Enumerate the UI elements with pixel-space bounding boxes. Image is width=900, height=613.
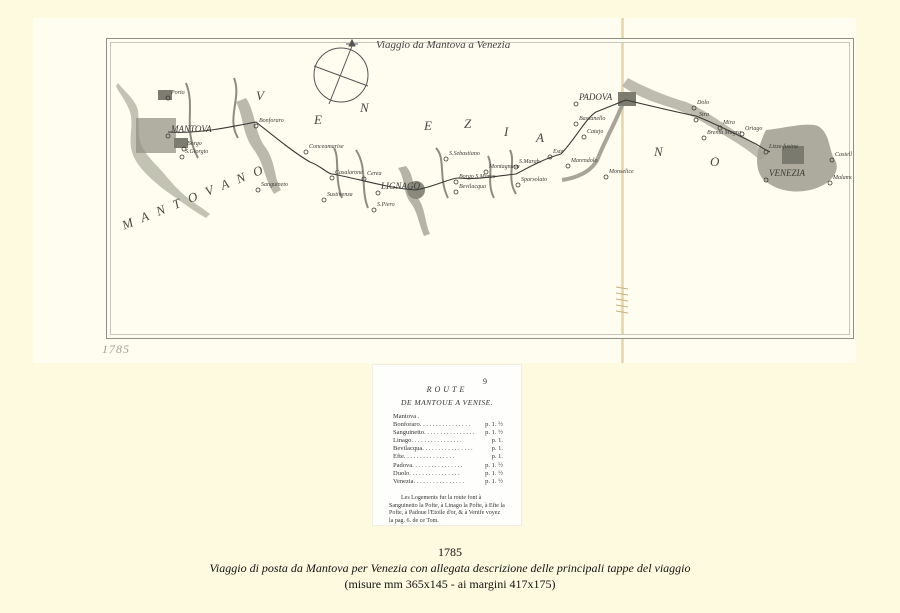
leader-dots: . . . . . . . . . . . . . . . . [422, 445, 491, 453]
place-label: Sustinenza [327, 192, 353, 198]
stage-row: Duolo . . . . . . . . . . . . . . . .p. … [393, 470, 503, 478]
caption-year: 1785 [0, 545, 900, 560]
place-label: LIGNAGO [380, 181, 421, 191]
route-description-page: 9 ROUTE DE MANTOUE A VENISE. Mantova . B… [373, 365, 521, 525]
stage-post: p. 1. ½ [485, 470, 503, 478]
stage-row: Efte . . . . . . . . . . . . . . . .p. 1… [393, 453, 503, 461]
svg-text:O: O [710, 154, 722, 169]
place-label: S.Margh. [519, 159, 541, 165]
place-dot-icon [454, 190, 458, 194]
padova-city [618, 92, 636, 106]
stage-name: Duolo [393, 470, 409, 478]
adige-river [398, 166, 430, 236]
svg-text:I: I [503, 124, 511, 139]
stage-name: Efte [393, 453, 404, 461]
place-label: Mira [722, 120, 735, 126]
stage-start: Mantova . [393, 413, 503, 421]
place-label: Stra [699, 112, 709, 118]
place-label: Lizza fusina [768, 143, 798, 150]
caption-title: Viaggio di posta da Mantova per Venezia … [0, 561, 900, 576]
place-label: Cerea [367, 171, 381, 177]
stage-name: Bevilacqua [393, 445, 422, 453]
place-label: S.Piero [377, 202, 395, 208]
leader-dots: . . . . . . . . . . . . . . . . [404, 453, 492, 461]
stage-name: Linago [393, 437, 411, 445]
leader-dots: . . . . . . . . . . . . . . . . [412, 462, 485, 470]
stage-name: Bonforaro [393, 421, 420, 429]
stage-post: p. 1. ½ [485, 478, 503, 486]
place-label: Marendolo [570, 158, 597, 164]
place-label: Bassanello [579, 116, 605, 122]
svg-text:Z: Z [464, 116, 474, 131]
place-dot-icon [566, 164, 570, 168]
stage-post: p. 1. [492, 445, 503, 453]
place-label: Porto [170, 90, 185, 96]
place-dot-icon [376, 191, 380, 195]
place-label: Brenta Magra [707, 130, 741, 136]
place-dot-icon [256, 188, 260, 192]
place-dot-icon [828, 181, 832, 185]
stage-row: Venezia . . . . . . . . . . . . . . . .p… [393, 478, 503, 486]
margin-year-note: 1785 [102, 342, 130, 357]
place-label: Malamocco [832, 175, 852, 181]
place-label: PADOVA [578, 92, 613, 102]
place-dot-icon [372, 208, 376, 212]
leader-dots: . . . . . . . . . . . . . . . . [411, 437, 491, 445]
svg-text:E: E [423, 118, 435, 133]
page-heading: ROUTE [373, 385, 521, 394]
stage-post: p. 1. [492, 453, 503, 461]
place-dot-icon [702, 136, 706, 140]
stage-post: p. 1. [492, 437, 503, 445]
place-dot-icon [694, 118, 698, 122]
map-title: Viaggio da Mantova a Venezia [376, 39, 510, 51]
place-label: Conceamarise [309, 144, 344, 150]
place-label: MANTOVA [170, 124, 212, 134]
place-dot-icon [322, 198, 326, 202]
place-label: Catajo [587, 129, 603, 135]
place-label: Bonforaro [259, 117, 284, 124]
lodging-note: Les Logements fur la route font à Sangui… [389, 495, 505, 525]
stage-post: p. 1. ½ [485, 421, 503, 429]
page-subheading: DE MANTOUE A VENISE. [373, 398, 521, 407]
stage-row: Sanguinetto . . . . . . . . . . . . . . … [393, 429, 503, 437]
place-dot-icon [574, 102, 578, 106]
leader-dots: . . . . . . . . . . . . . . . . [424, 429, 485, 437]
route-map: VEN EZI ANO M A N T O V A N O PortoMANTO… [106, 38, 852, 337]
leader-dots: . . . . . . . . . . . . . . . . [414, 478, 486, 486]
stage-row: Bevilacqua . . . . . . . . . . . . . . .… [393, 445, 503, 453]
place-label: Monselice [608, 169, 634, 175]
stage-row: Linago . . . . . . . . . . . . . . . .p.… [393, 437, 503, 445]
place-label: Sanguineto [261, 182, 288, 188]
caption-dimensions: (misure mm 365x145 - ai margini 417x175) [0, 577, 900, 592]
place-dot-icon [582, 135, 586, 139]
place-label: Castello [835, 152, 852, 158]
place-dot-icon [444, 157, 448, 161]
stage-row: Padova . . . . . . . . . . . . . . . .p.… [393, 462, 503, 470]
place-label: S.Giorgio [185, 149, 208, 155]
compass-rose-icon [314, 40, 368, 104]
region-mantovano-label: M A N T O V A N O [119, 161, 268, 233]
place-dot-icon [604, 175, 608, 179]
stage-post: p. 1. ½ [485, 429, 503, 437]
place-label: VENEZIA [769, 168, 805, 178]
svg-text:E: E [313, 112, 325, 127]
place-label: Casalarone [335, 170, 363, 176]
place-dot-icon [574, 122, 578, 126]
place-label: Oriago [745, 126, 762, 132]
leader-dots: . . . . . . . . . . . . . . . . [409, 470, 485, 478]
svg-text:M A N T O V A N O: M A N T O V A N O [119, 161, 268, 233]
post-stages-list: Mantova . Bonforaro . . . . . . . . . . … [393, 413, 503, 486]
place-label: Bevilacqua [459, 184, 486, 190]
stage-row: Bonforaro . . . . . . . . . . . . . . . … [393, 421, 503, 429]
place-label: Sparsolato [521, 177, 547, 183]
stage-name: Sanguinetto [393, 429, 424, 437]
place-dot-icon [454, 180, 458, 184]
leader-dots: . . . . . . . . . . . . . . . . [420, 421, 485, 429]
stage-name: Mantova . [393, 413, 419, 421]
place-dot-icon [180, 155, 184, 159]
place-label: Borgo S.Marco [459, 174, 496, 180]
svg-text:N: N [359, 100, 372, 115]
svg-text:A: A [535, 130, 547, 145]
stage-name: Venezia [393, 478, 414, 486]
place-dot-icon [330, 176, 334, 180]
stage-post: p. 1. ½ [485, 462, 503, 470]
place-label: Este [552, 149, 564, 155]
svg-text:V: V [256, 88, 267, 103]
svg-text:N: N [653, 144, 666, 159]
place-label: Borgo [187, 141, 202, 147]
place-dot-icon [304, 150, 308, 154]
stage-name: Padova [393, 462, 412, 470]
place-dot-icon [516, 183, 520, 187]
place-label: Dolo [696, 100, 709, 106]
place-label: S.Sebastiano [449, 151, 480, 157]
